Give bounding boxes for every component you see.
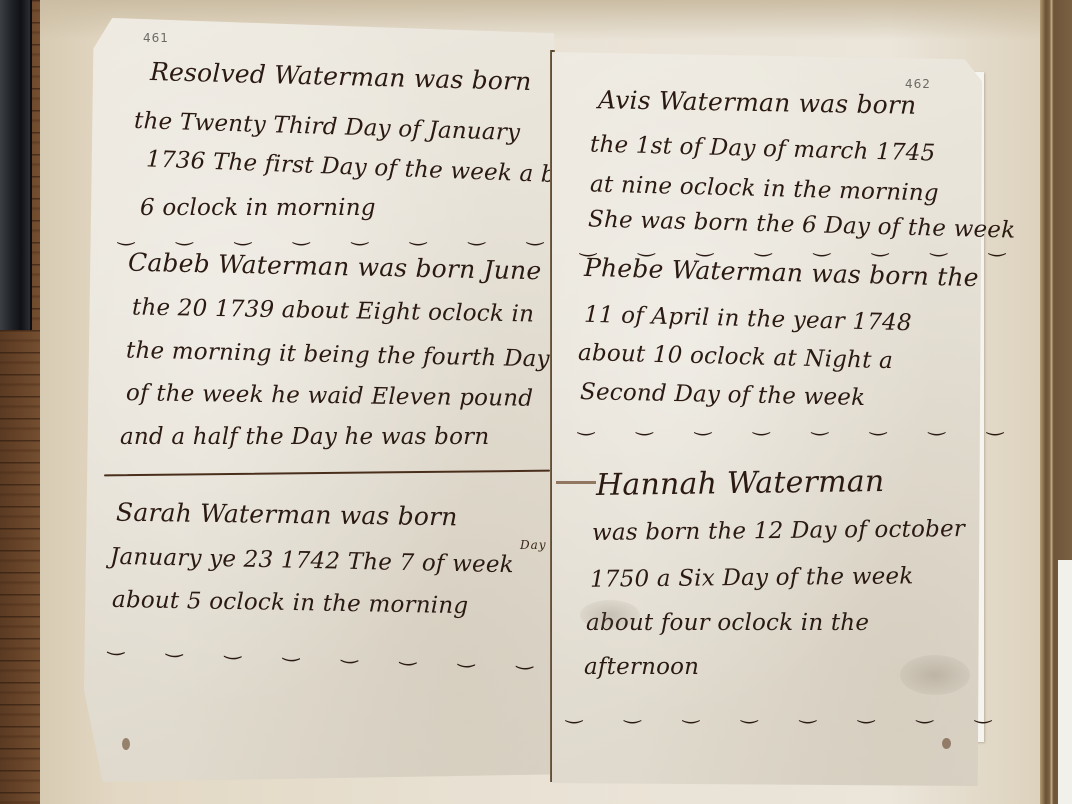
interlinear-note: Day <box>520 538 547 552</box>
right-page-number: 462 <box>905 77 931 91</box>
ink-stain <box>942 738 951 749</box>
entry-line: 1750 a Six Day of the week <box>590 563 914 592</box>
entry-line: Hannah Waterman <box>596 464 885 503</box>
ink-smudge <box>580 600 640 630</box>
separator-flourish: ‿ ‿ ‿ ‿ ‿ ‿ ‿ ‿ <box>580 233 1023 257</box>
dark-frame-edge <box>0 0 32 330</box>
entry-line: afternoon <box>584 654 699 680</box>
right-paper-strip <box>1058 560 1072 804</box>
separator-flourish: ‿ ‿ ‿ ‿ ‿ ‿ ‿ ‿ <box>578 412 1021 436</box>
entry-line: Avis Waterman was born <box>598 85 917 120</box>
entry-line: 6 oclock in morning <box>140 195 376 221</box>
left-page-number: 461 <box>143 31 169 45</box>
separator-flourish: ‿ ‿ ‿ ‿ ‿ ‿ ‿ ‿ ‿ <box>118 222 620 246</box>
entry-line: Sarah Waterman was born <box>116 498 458 532</box>
ink-smudge <box>900 655 970 695</box>
ink-stain <box>122 738 130 750</box>
section-divider-stroke <box>556 481 596 484</box>
entry-line: and a half the Day he was born <box>120 424 489 450</box>
separator-flourish: ‿ ‿ ‿ ‿ ‿ ‿ ‿ ‿ <box>566 700 1009 724</box>
entry-line: was born the 12 Day of october <box>592 516 965 546</box>
